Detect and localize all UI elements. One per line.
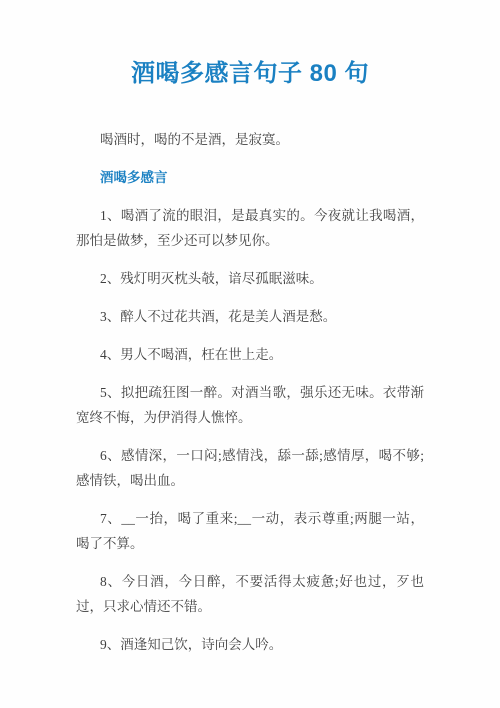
quote-item-8: 8、今日酒，今日醉，不要活得太疲惫;好也过，歹也过，只求心情还不错。 <box>76 569 424 619</box>
intro-paragraph: 喝酒时，喝的不是酒，是寂寞。 <box>76 127 424 152</box>
document-body: 喝酒时，喝的不是酒，是寂寞。 酒喝多感言 1、喝酒了流的眼泪，是最真实的。今夜就… <box>0 127 500 657</box>
quote-item-7: 7、__一抬，喝了重来;__一动，表示尊重;两腿一站，喝了不算。 <box>76 506 424 556</box>
quote-item-9: 9、酒逢知己饮，诗向会人吟。 <box>76 632 424 657</box>
page-title: 酒喝多感言句子 80 句 <box>40 58 460 90</box>
section-heading: 酒喝多感言 <box>76 165 424 190</box>
quote-item-1: 1、喝酒了流的眼泪，是最真实的。今夜就让我喝酒，那怕是做梦，至少还可以梦见你。 <box>76 203 424 253</box>
quote-item-2: 2、残灯明灭枕头攲，谙尽孤眠滋味。 <box>76 266 424 291</box>
quote-item-4: 4、男人不喝酒，枉在世上走。 <box>76 342 424 367</box>
quote-item-6: 6、感情深，一口闷;感情浅，舔一舔;感情厚，喝不够;感情铁，喝出血。 <box>76 443 424 493</box>
document-page: 酒喝多感言句子 80 句 喝酒时，喝的不是酒，是寂寞。 酒喝多感言 1、喝酒了流… <box>0 0 500 708</box>
quote-item-3: 3、醉人不过花共酒，花是美人酒是愁。 <box>76 304 424 329</box>
quote-item-5: 5、拟把疏狂图一醉。对酒当歌，强乐还无味。衣带渐宽终不悔，为伊消得人憔悴。 <box>76 380 424 430</box>
